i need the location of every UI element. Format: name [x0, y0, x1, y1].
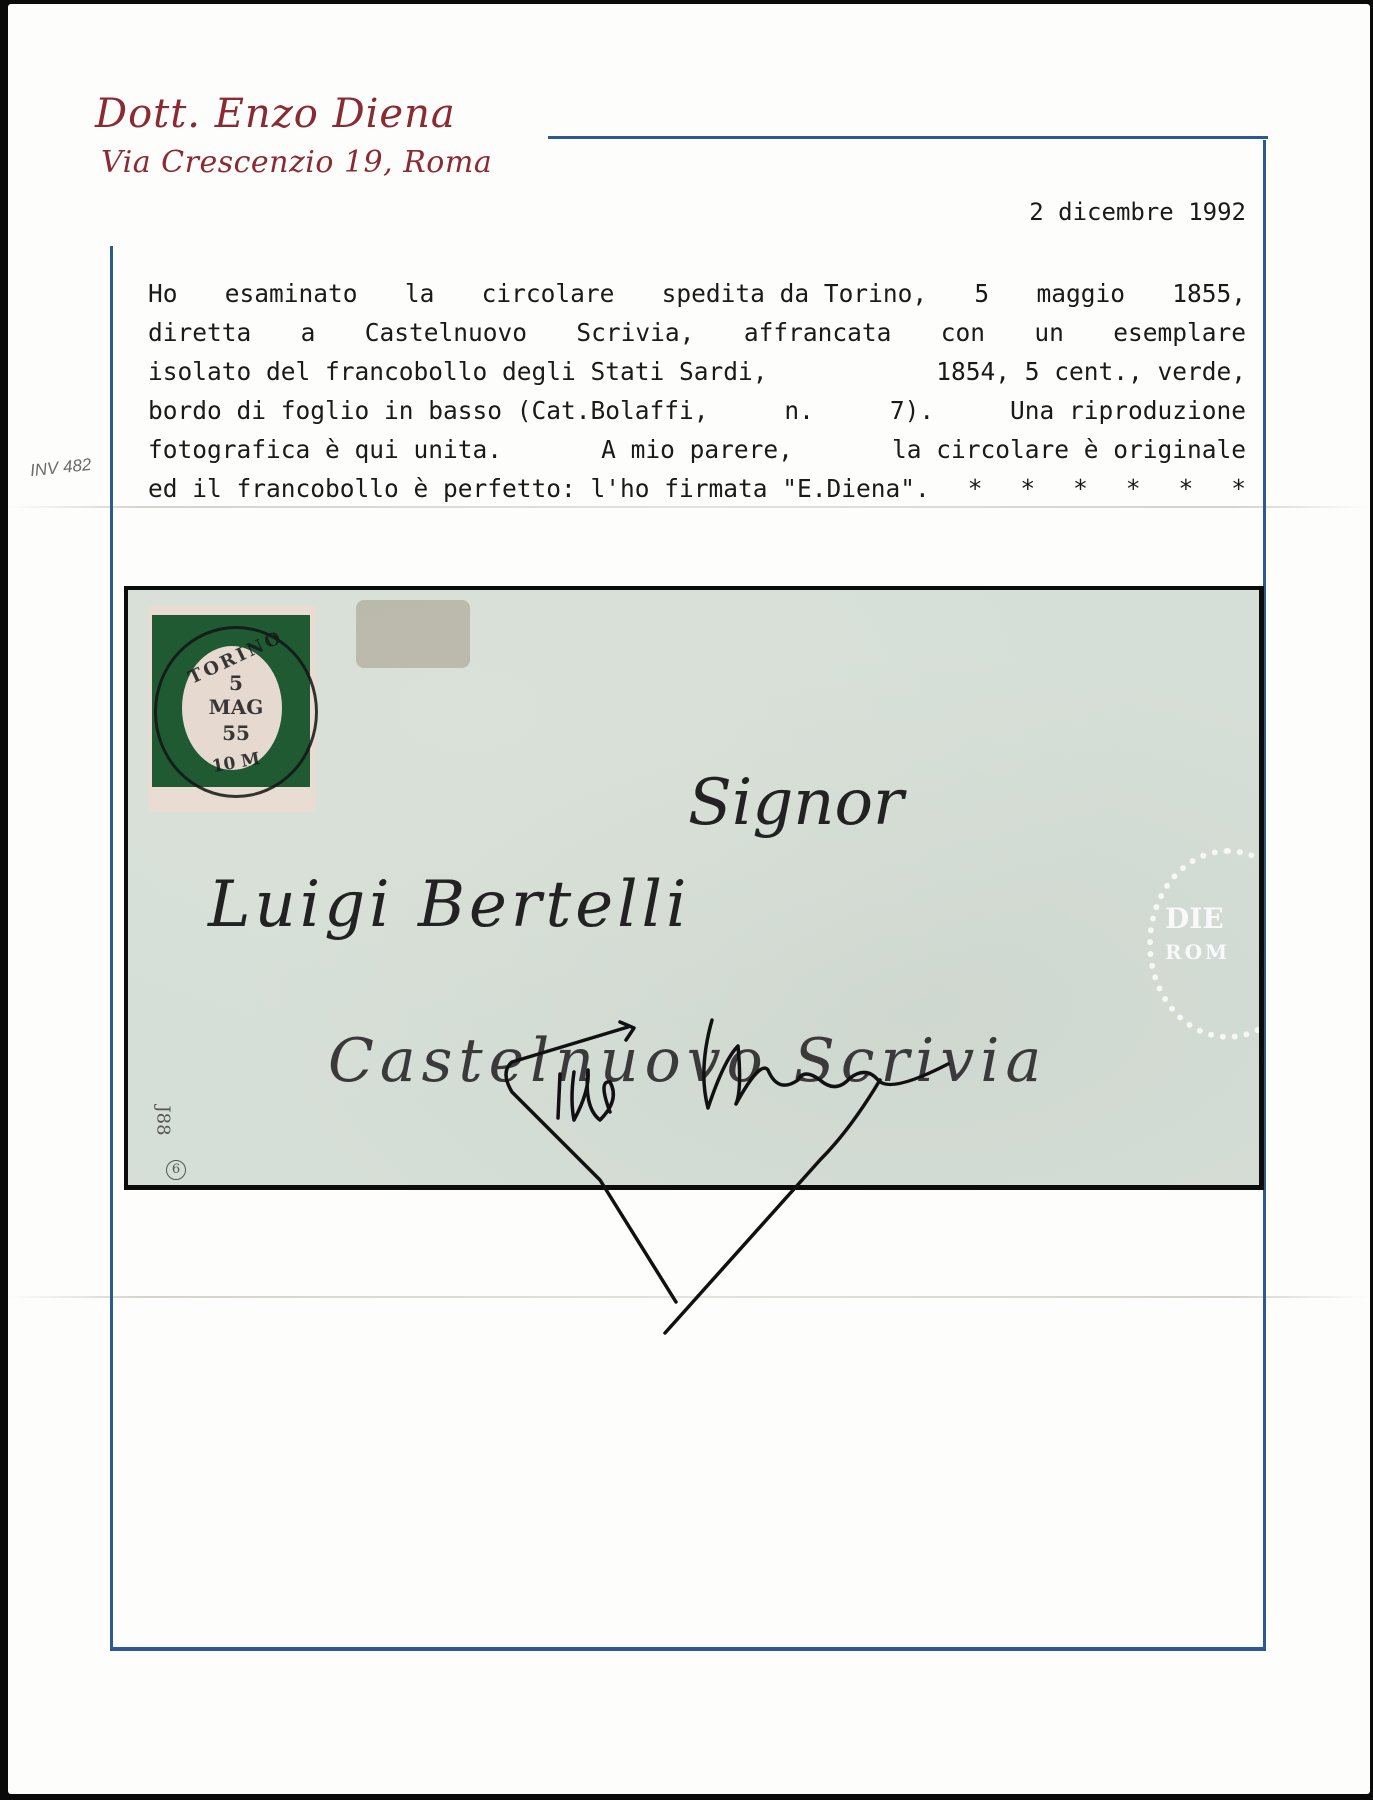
expert-signature: [0, 0, 1373, 1800]
signature-arrow-left-stroke: [506, 1027, 676, 1302]
signature-arrow-head: [620, 1022, 634, 1040]
signature-arrow-right-stroke: [665, 1080, 880, 1333]
